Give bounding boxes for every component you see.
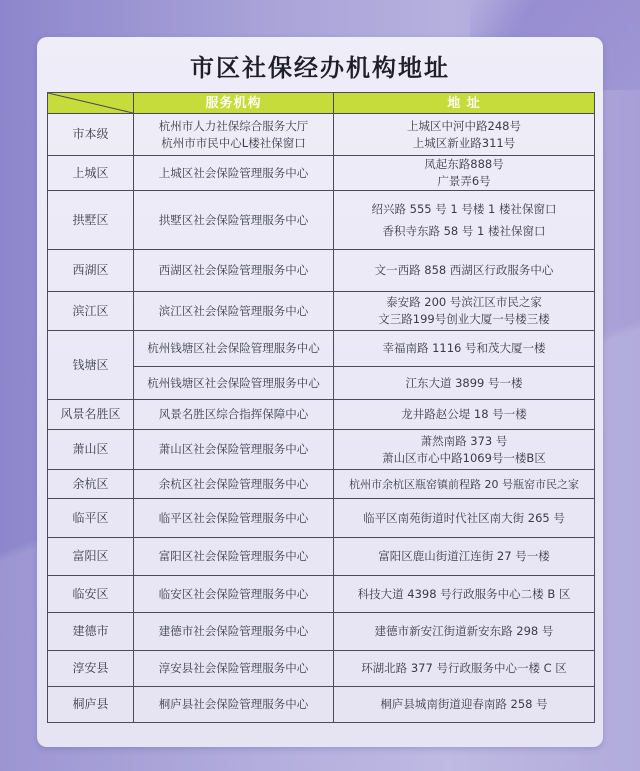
address-cell: 萧然南路 373 号 萧山区市心中路1069号一楼B区 bbox=[334, 430, 595, 470]
org-cell: 风景名胜区综合指挥保障中心 bbox=[134, 400, 334, 430]
diagonal-line-icon bbox=[48, 93, 133, 113]
table-row: 临安区 临安区社会保险管理服务中心 科技大道 4398 号行政服务中心二楼 B … bbox=[48, 576, 595, 613]
address-cell: 绍兴路 555 号 1 号楼 1 楼社保窗口 香积寺东路 58 号 1 楼社保窗… bbox=[334, 191, 595, 250]
org-cell: 临安区社会保险管理服务中心 bbox=[134, 576, 334, 613]
table-header-row: 服务机构 地 址 bbox=[48, 93, 595, 114]
org-cell: 杭州市人力社保综合服务大厅 杭州市市民中心L楼社保窗口 bbox=[134, 114, 334, 156]
district-cell: 淳安县 bbox=[48, 651, 134, 687]
address-cell: 临平区南苑街道时代社区南大街 265 号 bbox=[334, 499, 595, 538]
org-cell: 桐庐县社会保险管理服务中心 bbox=[134, 687, 334, 723]
org-cell: 萧山区社会保险管理服务中心 bbox=[134, 430, 334, 470]
address-line: 广景弄6号 bbox=[338, 173, 590, 190]
org-cell: 拱墅区社会保险管理服务中心 bbox=[134, 191, 334, 250]
address-cell: 江东大道 3899 号一楼 bbox=[334, 367, 595, 400]
org-cell: 上城区社会保险管理服务中心 bbox=[134, 156, 334, 191]
table-row: 风景名胜区 风景名胜区综合指挥保障中心 龙井路赵公堤 18 号一楼 bbox=[48, 400, 595, 430]
org-cell: 杭州钱塘区社会保险管理服务中心 bbox=[134, 331, 334, 367]
address-line: 萧然南路 373 号 bbox=[338, 433, 590, 450]
address-cell: 桐庐县城南街道迎春南路 258 号 bbox=[334, 687, 595, 723]
address-line: 萧山区市心中路1069号一楼B区 bbox=[338, 450, 590, 467]
address-cell: 上城区中河中路248号 上城区新业路311号 bbox=[334, 114, 595, 156]
address-cell: 建德市新安江街道新安东路 298 号 bbox=[334, 613, 595, 651]
address-line: 凤起东路888号 bbox=[338, 156, 590, 173]
org-cell: 富阳区社会保险管理服务中心 bbox=[134, 538, 334, 576]
address-cell: 凤起东路888号 广景弄6号 bbox=[334, 156, 595, 191]
address-cell: 文一西路 858 西湖区行政服务中心 bbox=[334, 250, 595, 292]
org-cell: 淳安县社会保险管理服务中心 bbox=[134, 651, 334, 687]
district-cell: 西湖区 bbox=[48, 250, 134, 292]
org-cell: 余杭区社会保险管理服务中心 bbox=[134, 470, 334, 499]
district-cell: 临安区 bbox=[48, 576, 134, 613]
address-cell: 富阳区鹿山街道江连街 27 号一楼 bbox=[334, 538, 595, 576]
table-row: 富阳区 富阳区社会保险管理服务中心 富阳区鹿山街道江连街 27 号一楼 bbox=[48, 538, 595, 576]
table-row: 建德市 建德市社会保险管理服务中心 建德市新安江街道新安东路 298 号 bbox=[48, 613, 595, 651]
address-cell: 泰安路 200 号滨江区市民之家 文三路199号创业大厦一号楼三楼 bbox=[334, 292, 595, 331]
district-cell: 滨江区 bbox=[48, 292, 134, 331]
address-cell: 科技大道 4398 号行政服务中心二楼 B 区 bbox=[334, 576, 595, 613]
org-cell: 西湖区社会保险管理服务中心 bbox=[134, 250, 334, 292]
address-line: 香积寺东路 58 号 1 楼社保窗口 bbox=[338, 220, 590, 242]
address-cell: 龙井路赵公堤 18 号一楼 bbox=[334, 400, 595, 430]
org-cell: 滨江区社会保险管理服务中心 bbox=[134, 292, 334, 331]
header-org: 服务机构 bbox=[134, 93, 334, 114]
header-address: 地 址 bbox=[334, 93, 595, 114]
header-diagonal-cell bbox=[48, 93, 134, 114]
address-card: 市区社保经办机构地址 服务机构 地 址 市本级 杭 bbox=[37, 37, 603, 747]
table-row: 西湖区 西湖区社会保险管理服务中心 文一西路 858 西湖区行政服务中心 bbox=[48, 250, 595, 292]
org-line: 杭州市人力社保综合服务大厅 bbox=[138, 118, 329, 135]
address-cell: 杭州市余杭区瓶窑镇前程路 20 号瓶窑市民之家 bbox=[334, 470, 595, 499]
table-row: 淳安县 淳安县社会保险管理服务中心 环湖北路 377 号行政服务中心一楼 C 区 bbox=[48, 651, 595, 687]
district-cell: 市本级 bbox=[48, 114, 134, 156]
address-line: 绍兴路 555 号 1 号楼 1 楼社保窗口 bbox=[338, 198, 590, 220]
address-cell: 环湖北路 377 号行政服务中心一楼 C 区 bbox=[334, 651, 595, 687]
table-row: 余杭区 余杭区社会保险管理服务中心 杭州市余杭区瓶窑镇前程路 20 号瓶窑市民之… bbox=[48, 470, 595, 499]
district-cell: 余杭区 bbox=[48, 470, 134, 499]
address-line: 文三路199号创业大厦一号楼三楼 bbox=[338, 311, 590, 328]
address-line: 上城区中河中路248号 bbox=[338, 118, 590, 135]
district-cell: 桐庐县 bbox=[48, 687, 134, 723]
org-cell: 杭州钱塘区社会保险管理服务中心 bbox=[134, 367, 334, 400]
district-cell: 风景名胜区 bbox=[48, 400, 134, 430]
org-cell: 临平区社会保险管理服务中心 bbox=[134, 499, 334, 538]
org-line: 杭州市市民中心L楼社保窗口 bbox=[138, 135, 329, 152]
page-title: 市区社保经办机构地址 bbox=[37, 48, 603, 83]
address-line: 泰安路 200 号滨江区市民之家 bbox=[338, 294, 590, 311]
table-row: 临平区 临平区社会保险管理服务中心 临平区南苑街道时代社区南大街 265 号 bbox=[48, 499, 595, 538]
address-table: 服务机构 地 址 市本级 杭州市人力社保综合服务大厅 杭州市市民中心L楼社保窗口… bbox=[47, 92, 595, 723]
district-cell: 上城区 bbox=[48, 156, 134, 191]
district-cell: 萧山区 bbox=[48, 430, 134, 470]
district-cell: 临平区 bbox=[48, 499, 134, 538]
district-cell: 钱塘区 bbox=[48, 331, 134, 400]
table-row: 钱塘区 杭州钱塘区社会保险管理服务中心 幸福南路 1116 号和茂大厦一楼 bbox=[48, 331, 595, 367]
table-row: 桐庐县 桐庐县社会保险管理服务中心 桐庐县城南街道迎春南路 258 号 bbox=[48, 687, 595, 723]
table-row: 上城区 上城区社会保险管理服务中心 凤起东路888号 广景弄6号 bbox=[48, 156, 595, 191]
table-row: 拱墅区 拱墅区社会保险管理服务中心 绍兴路 555 号 1 号楼 1 楼社保窗口… bbox=[48, 191, 595, 250]
address-cell: 幸福南路 1116 号和茂大厦一楼 bbox=[334, 331, 595, 367]
district-cell: 富阳区 bbox=[48, 538, 134, 576]
address-line: 上城区新业路311号 bbox=[338, 135, 590, 152]
table-row: 市本级 杭州市人力社保综合服务大厅 杭州市市民中心L楼社保窗口 上城区中河中路2… bbox=[48, 114, 595, 156]
district-cell: 建德市 bbox=[48, 613, 134, 651]
org-cell: 建德市社会保险管理服务中心 bbox=[134, 613, 334, 651]
table-row: 萧山区 萧山区社会保险管理服务中心 萧然南路 373 号 萧山区市心中路1069… bbox=[48, 430, 595, 470]
district-cell: 拱墅区 bbox=[48, 191, 134, 250]
table-row: 滨江区 滨江区社会保险管理服务中心 泰安路 200 号滨江区市民之家 文三路19… bbox=[48, 292, 595, 331]
